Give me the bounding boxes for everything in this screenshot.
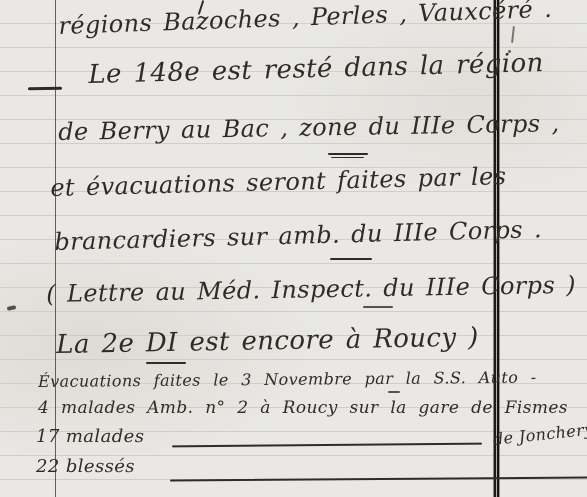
manuscript-line: de Berry au Bac , zone du IIIe Corps , xyxy=(58,109,560,146)
manuscript-line: 22 blessés xyxy=(36,456,135,477)
manuscript-line: La 2e DI est encore à Roucy ) xyxy=(56,323,479,360)
manuscript-line: 4 malades Amb. n° 2 à Roucy sur la gare … xyxy=(38,398,568,418)
ditto-line-22-blesses xyxy=(170,477,587,482)
underline-IIIe-corps-1b xyxy=(331,157,364,158)
manuscript-line: et évacuations seront faites par les xyxy=(50,162,507,202)
underline-DI xyxy=(146,362,186,364)
manuscript-line: régions Bazoches , Perles , Vauxcéré . xyxy=(58,0,553,40)
stray-ink-tick-right xyxy=(511,26,515,43)
manuscript-line: Le 148e est resté dans la région xyxy=(88,48,544,90)
underline-par xyxy=(388,391,400,393)
manuscript-line: Évacuations faites le 3 Novembre par la … xyxy=(38,368,537,391)
margin-dash-mark xyxy=(28,87,62,91)
underline-IIIe-corps-3 xyxy=(363,306,393,308)
manuscript-line: brancardiers sur amb. du IIIe Corps . xyxy=(54,215,542,256)
manuscript-page: régions Bazoches , Perles , Vauxcéré . L… xyxy=(0,0,587,497)
ditto-line-17-malades xyxy=(172,443,482,448)
underline-IIIe-corps-2 xyxy=(330,258,372,260)
manuscript-line: de Jonchery xyxy=(492,419,587,448)
manuscript-line: 17 malades xyxy=(36,426,144,447)
underline-IIIe-corps-1 xyxy=(328,153,368,155)
ink-speck xyxy=(7,305,17,311)
